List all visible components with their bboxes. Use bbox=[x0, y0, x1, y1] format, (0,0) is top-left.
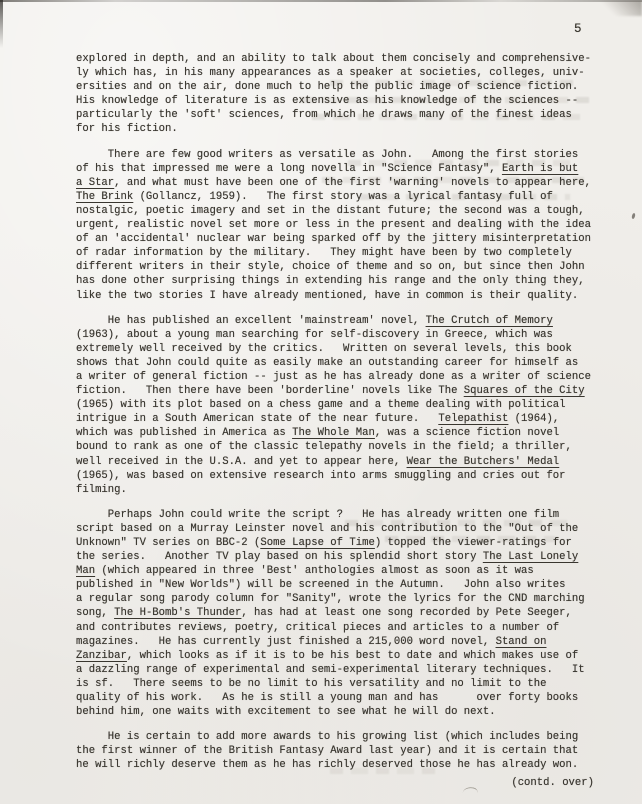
text-line: behind him, one waits with excitement to… bbox=[76, 705, 598, 719]
text-line: which was published in America as The Wh… bbox=[76, 426, 598, 440]
text-line: of his that impressed me were a long nov… bbox=[76, 162, 598, 176]
text-line: His knowledge of literature is as extens… bbox=[76, 94, 598, 108]
text-line: of an 'accidental' nuclear war being spa… bbox=[76, 232, 598, 246]
text-line: song, The H-Bomb's Thunder, has had at l… bbox=[76, 606, 598, 620]
text-line: the first winner of the British Fantasy … bbox=[76, 744, 598, 758]
text-line: explored in depth, and an ability to tal… bbox=[76, 52, 598, 66]
text-line: (1963), about a young man searching for … bbox=[76, 328, 598, 342]
text-line: ersities and on the air, done much to he… bbox=[76, 80, 598, 94]
paragraph: Perhaps John could write the script ? He… bbox=[76, 508, 598, 719]
scan-edge-top bbox=[0, 0, 642, 2]
text-line: and contributes reviews, poetry, critica… bbox=[76, 621, 598, 635]
text-line: script based on a Murray Leinster novel … bbox=[76, 522, 598, 536]
document-page: 5 explored in depth, and an ability to t… bbox=[0, 0, 642, 804]
text-line: Man (which appeared in three 'Best' anth… bbox=[76, 564, 598, 578]
text-line: fiction. Then there have been 'borderlin… bbox=[76, 384, 598, 398]
text-line: shows that John could quite as easily ma… bbox=[76, 356, 598, 370]
text-line: has done other surprising things in exte… bbox=[76, 274, 598, 288]
text-line: a dazzling range of experimental and sem… bbox=[76, 663, 598, 677]
text-line: (1965) with its plot based on a chess ga… bbox=[76, 398, 598, 412]
typewritten-body: explored in depth, and an ability to tal… bbox=[76, 52, 598, 773]
paragraph: He has published an excellent 'mainstrea… bbox=[76, 314, 598, 497]
text-line: different writers in their style, choice… bbox=[76, 260, 598, 274]
text-line: magazines. He has currently just finishe… bbox=[76, 635, 598, 649]
text-block: explored in depth, and an ability to tal… bbox=[76, 52, 598, 790]
text-line: nostalgic, poetic imagery and set in the… bbox=[76, 204, 598, 218]
text-line: There are few good writers as versatile … bbox=[76, 148, 598, 162]
text-line: He is certain to add more awards to his … bbox=[76, 730, 598, 744]
text-line: (1965), was based on extensive research … bbox=[76, 469, 598, 483]
text-line: intrigue in a South American state of th… bbox=[76, 412, 598, 426]
text-line: is sf. There seems to be no limit to his… bbox=[76, 677, 598, 691]
text-line: a regular song parody column for "Sanity… bbox=[76, 592, 598, 606]
text-line: he will richly deserve them as he has ri… bbox=[76, 758, 598, 772]
paragraph: There are few good writers as versatile … bbox=[76, 148, 598, 303]
text-line: for his fiction. bbox=[76, 122, 598, 136]
scan-edge-left bbox=[0, 0, 3, 48]
text-line: well received in the U.S.A. and yet to a… bbox=[76, 455, 598, 469]
scan-corner-smudge bbox=[596, 0, 642, 16]
text-line: a Star, and what must have been one of t… bbox=[76, 176, 598, 190]
continuation-note: (contd. over) bbox=[76, 776, 598, 790]
text-line: He has published an excellent 'mainstrea… bbox=[76, 314, 598, 328]
text-line: like the two stories I have already ment… bbox=[76, 289, 598, 303]
text-line: bound to rank as one of the classic tele… bbox=[76, 440, 598, 454]
text-line: Unknown" TV series on BBC-2 (Some Lapse … bbox=[76, 536, 598, 550]
text-line: The Brink (Gollancz, 1959). The first st… bbox=[76, 190, 598, 204]
text-line: filming. bbox=[76, 483, 598, 497]
ink-speck bbox=[631, 213, 635, 220]
paragraph: explored in depth, and an ability to tal… bbox=[76, 52, 598, 137]
text-line: a writer of general fiction -- just as h… bbox=[76, 370, 598, 384]
text-line: Perhaps John could write the script ? He… bbox=[76, 508, 598, 522]
paragraph: He is certain to add more awards to his … bbox=[76, 730, 598, 772]
text-line: urgent, realistic novel set more or less… bbox=[76, 218, 598, 232]
text-line: of radar information by the military. Th… bbox=[76, 246, 598, 260]
text-line: extremely well received by the critics. … bbox=[76, 342, 598, 356]
text-line: published in "New Worlds") will be scree… bbox=[76, 578, 598, 592]
text-line: Zanzibar, which looks as if it is to be … bbox=[76, 649, 598, 663]
text-line: ly which has, in his many appearances as… bbox=[76, 66, 598, 80]
page-number: 5 bbox=[574, 22, 582, 36]
text-line: particularly the 'soft' sciences, from w… bbox=[76, 108, 598, 122]
text-line: quality of his work. As he is still a yo… bbox=[76, 691, 598, 705]
text-line: the series. Another TV play based on his… bbox=[76, 550, 598, 564]
